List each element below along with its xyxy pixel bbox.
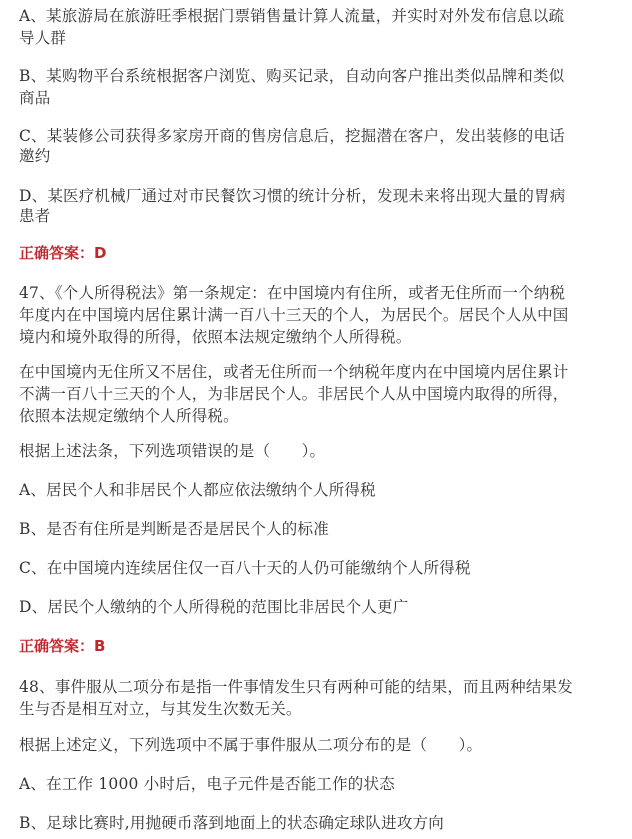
q48-option-b: B、足球比赛时,用抛硬币落到地面上的状态确定球队进攻方向 [19,813,444,833]
paragraph-line: 年度内在中国境内居住累计满一百八十三天的个人，为居民个。居民个人从中国 [19,305,569,325]
option-text: 患者 [19,206,50,226]
q48-option-a: A、在工作 1000 小时后，电子元件是否能工作的状态 [19,774,395,794]
paragraph-line: 不满一百八十三天的个人，为非居民个人。非居民个人从中国境内取得的所得， [19,384,569,404]
paragraph-line: 境内和境外取得的所得，依照本法规定缴纳个人所得税。 [19,327,412,347]
q47-correct-answer: 正确答案：B [19,636,105,656]
q47-option-a: A、居民个人和非居民个人都应依法缴纳个人所得税 [19,480,376,500]
q47-option-c: C、在中国境内连续居住仅一百八十天的人仍可能缴纳个人所得税 [19,558,471,578]
q47-option-b: B、是否有住所是判断是否是居民个人的标准 [19,519,329,539]
option-text: 邀约 [19,146,50,166]
option-text: D、某医疗机械厂通过对市民餐饮习惯的统计分析，发现未来将出现大量的胃病 [19,186,565,206]
q48-question: 根据上述定义，下列选项中不属于事件服从二项分布的是（ ）。 [19,735,482,755]
q47-option-d: D、居民个人缴纳的个人所得税的范围比非居民个人更广 [19,597,408,617]
option-text: A、某旅游局在旅游旺季根据门票销售量计算人流量，并实时对外发布信息以疏 [19,6,564,26]
q46-correct-answer: 正确答案：D [19,243,106,263]
paragraph-line: 47、《个人所得税法》第一条规定：在中国境内有住所，或者无住所而一个纳税 [19,283,565,303]
option-text: B、某购物平台系统根据客户浏览、购买记录，自动向客户推出类似品牌和类似 [19,66,564,86]
option-text: C、某装修公司获得多家房开商的售房信息后，挖掘潜在客户，发出装修的电话 [19,126,565,146]
option-text: 商品 [19,88,50,108]
paragraph-line: 48、事件服从二项分布是指一件事情发生只有两种可能的结果，而且两种结果发 [19,677,573,697]
paragraph-line: 依照本法规定缴纳个人所得税。 [19,406,239,426]
q47-question: 根据上述法条，下列选项错误的是（ ）。 [19,441,325,461]
paragraph-line: 生与否是相互对立，与其发生次数无关。 [19,699,302,719]
option-text: 导人群 [19,28,66,48]
paragraph-line: 在中国境内无住所又不居住，或者无住所而一个纳税年度内在中国境内居住累计 [19,362,569,382]
